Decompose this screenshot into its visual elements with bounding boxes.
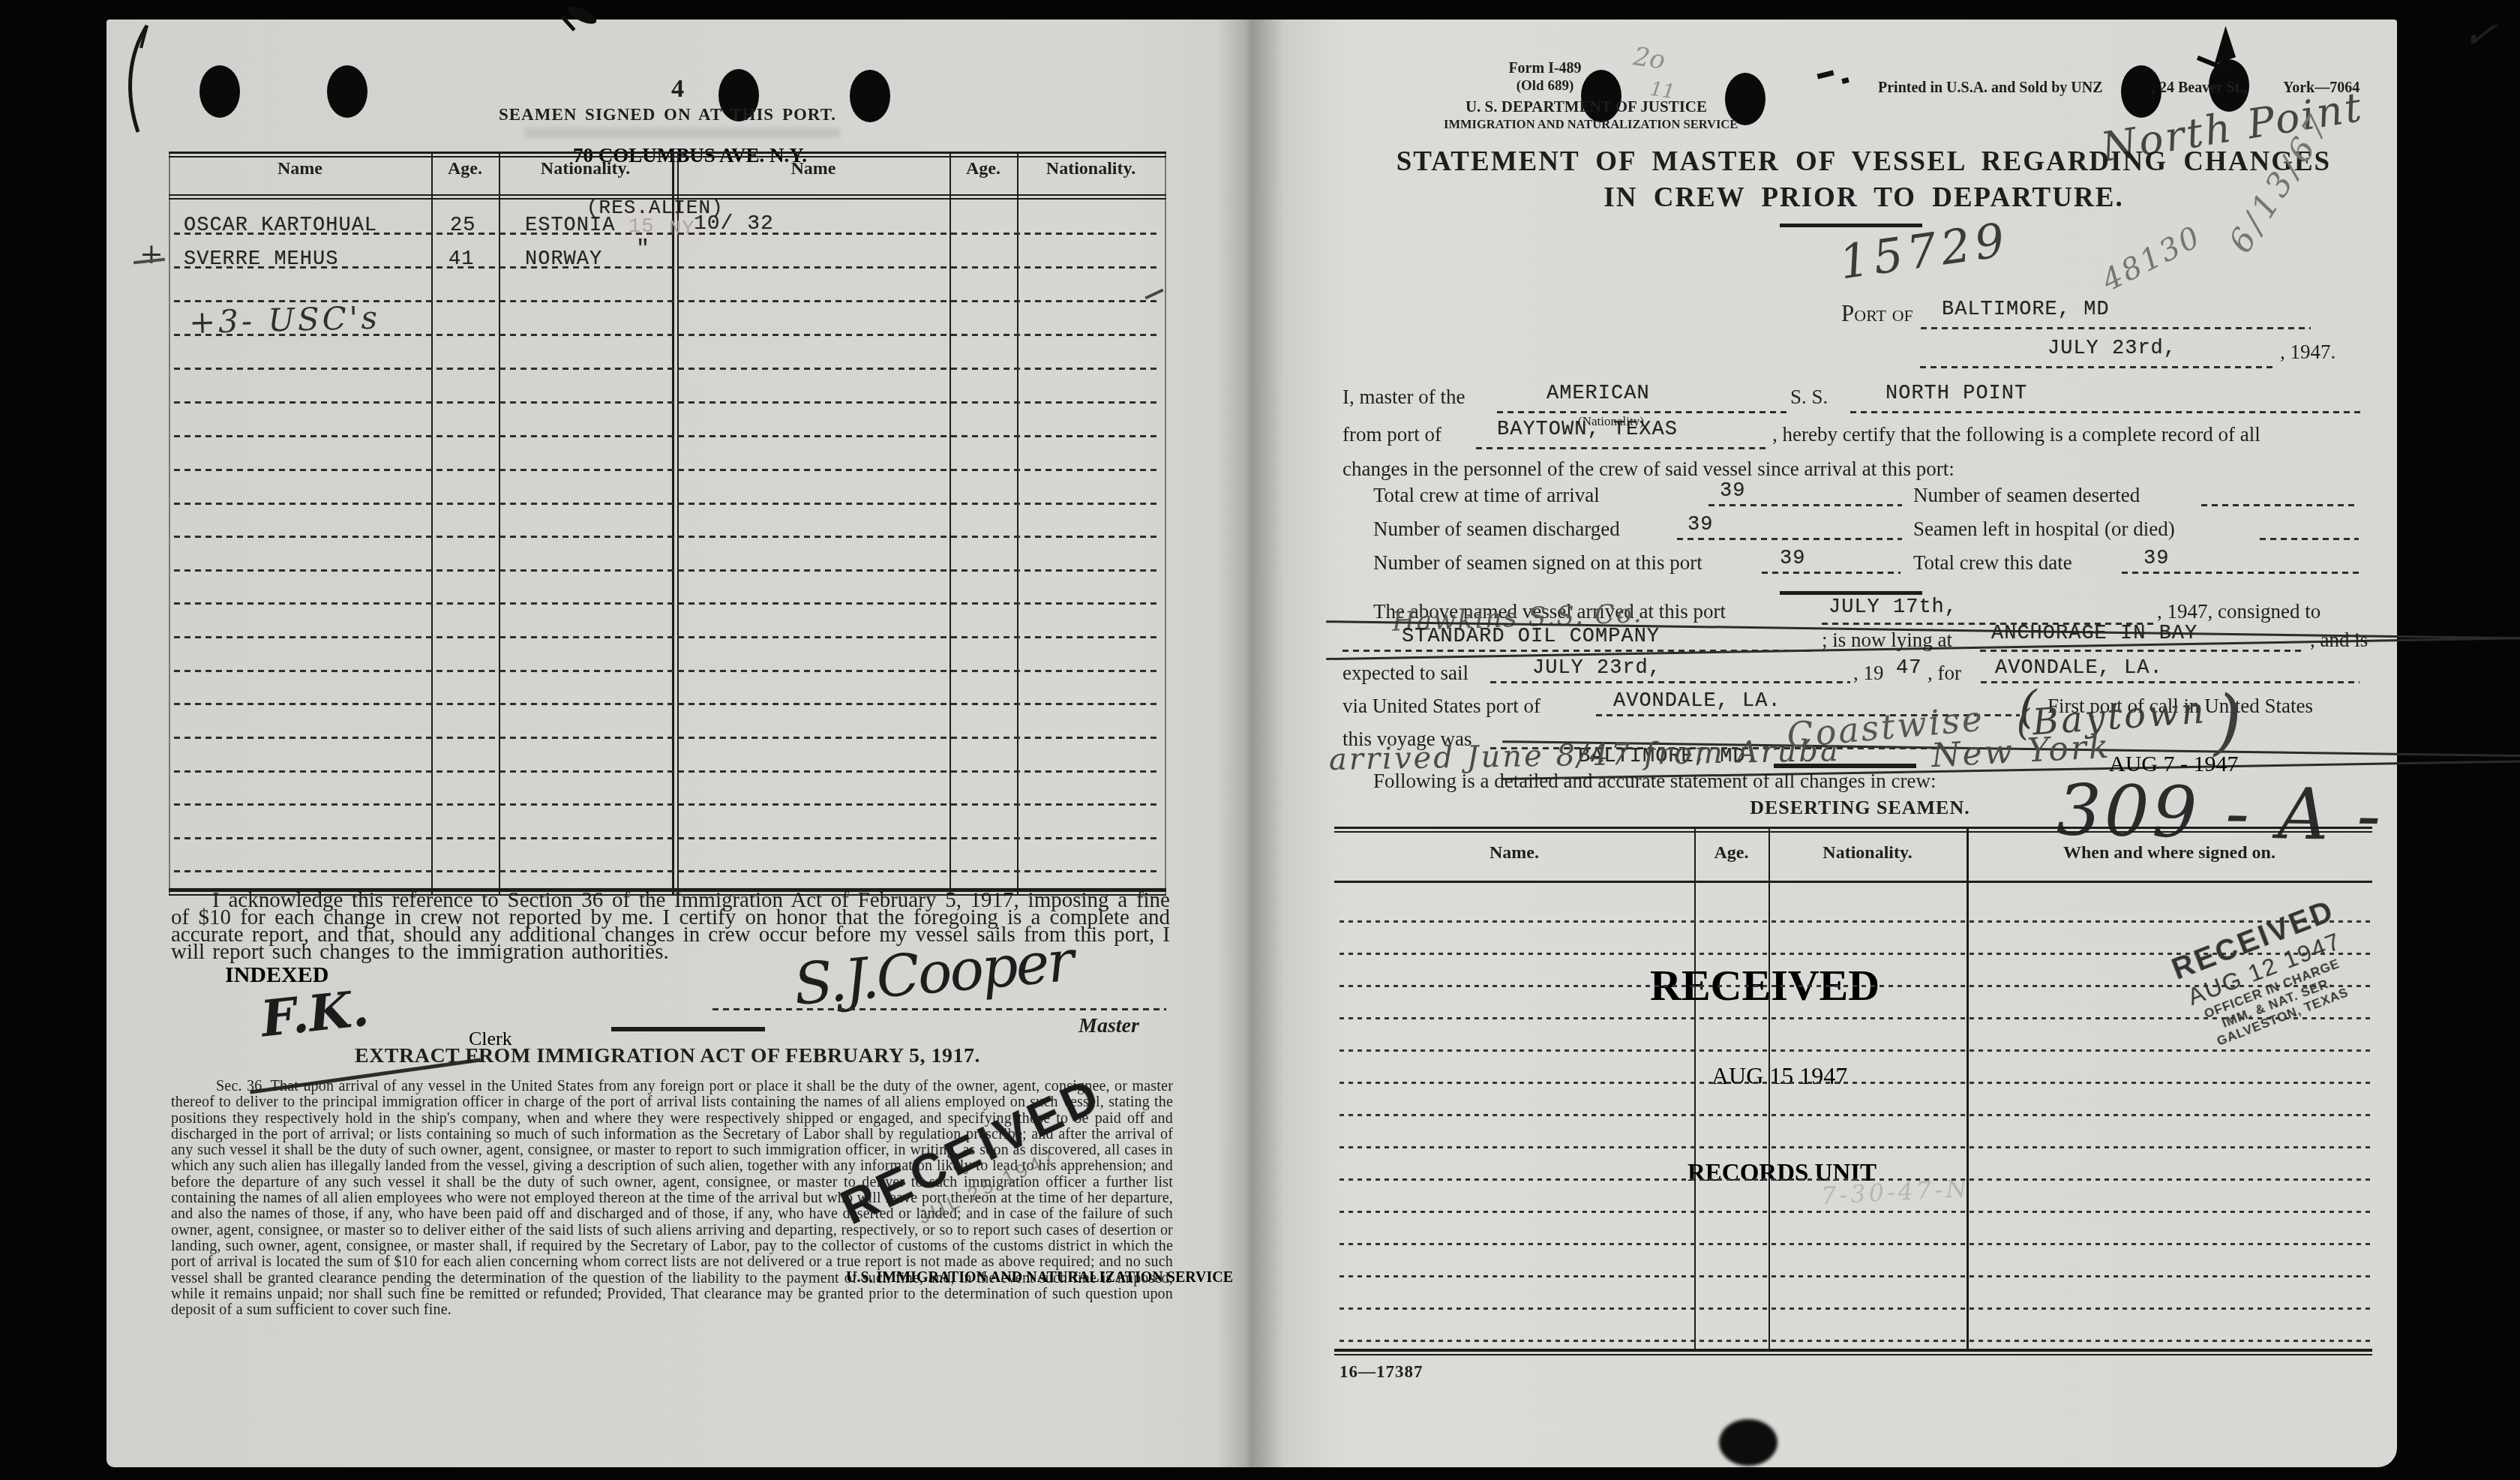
table-row-dotted-line bbox=[1339, 1340, 2370, 1342]
blank-line bbox=[1342, 650, 1815, 652]
table-row-dotted-line bbox=[174, 870, 1161, 872]
signature-line bbox=[712, 1008, 1166, 1010]
blank-line bbox=[1762, 572, 1900, 574]
aug15-stamp: AUG 15 1947 bbox=[1711, 1062, 1847, 1090]
blank-line bbox=[1981, 681, 2359, 683]
table-vline bbox=[672, 152, 674, 896]
via-value: AVONDALE, LA. bbox=[1613, 690, 1781, 713]
ghost-stamp-bar bbox=[525, 128, 840, 138]
row1-pencil-note: NY bbox=[669, 218, 694, 241]
arrival-date: JULY 17th, bbox=[1828, 596, 1957, 619]
table-row-dotted-line bbox=[174, 770, 1161, 773]
table-row-dotted-line bbox=[174, 703, 1161, 705]
and-is-text: , and is bbox=[2310, 629, 2368, 652]
department-name: U. S. DEPARTMENT OF JUSTICE bbox=[1444, 98, 1729, 116]
port-label: Port of bbox=[1841, 300, 1913, 327]
table-row-dotted-line bbox=[1339, 1307, 2370, 1310]
table-row-dotted-line bbox=[1339, 953, 2370, 955]
col-header-signed-on: When and where signed on. bbox=[1966, 843, 2372, 863]
table-rule bbox=[1334, 827, 2372, 829]
table-row-dotted-line bbox=[1339, 920, 2370, 923]
printer-line: , 24 Beaver St., bbox=[2152, 80, 2247, 97]
vessel-value: NORTH POINT bbox=[1885, 383, 2027, 405]
statement-title-line2: IN CREW PRIOR TO DEPARTURE. bbox=[1333, 182, 2394, 214]
pencil-scribble: 2o bbox=[1631, 41, 1666, 75]
table-row-dotted-line bbox=[1339, 1049, 2370, 1052]
table-row-dotted-line bbox=[174, 602, 1161, 605]
blank-line bbox=[1677, 538, 1902, 540]
table-row-dotted-line bbox=[1339, 1178, 2370, 1181]
sail-year-pre: , 19 bbox=[1853, 662, 1884, 685]
statement-title-line1: STATEMENT OF MASTER OF VESSEL REGARDING … bbox=[1333, 146, 2394, 178]
table-row-dotted-line bbox=[174, 536, 1161, 538]
lying-value: ANCHORAGE IN BAY bbox=[1991, 623, 2197, 645]
table-vline bbox=[1017, 152, 1018, 896]
stat-value: 39 bbox=[1720, 480, 1745, 503]
page-number: 4 bbox=[671, 75, 684, 104]
table-row-dotted-line bbox=[1339, 1082, 2370, 1084]
table-row-dotted-line bbox=[174, 636, 1161, 638]
table-row-dotted-line bbox=[174, 266, 1161, 269]
table-rule bbox=[1334, 1354, 2372, 1355]
blank-line bbox=[1920, 366, 2272, 368]
table-row-dotted-line bbox=[1339, 1114, 2370, 1116]
blank-line bbox=[2201, 504, 2359, 506]
service-name: IMMIGRATION AND NATURALIZATION SERVICE bbox=[1444, 117, 1729, 132]
row1-pencil-note: 15 bbox=[628, 216, 654, 239]
stat-label: Number of seamen signed on at this port bbox=[1373, 551, 1702, 575]
table-rule bbox=[1334, 881, 2372, 883]
table-row-dotted-line bbox=[174, 300, 1161, 302]
blank-line bbox=[1850, 411, 2360, 413]
table-vline bbox=[499, 152, 500, 896]
table-row-dotted-line bbox=[174, 503, 1161, 505]
from-port-label: from port of bbox=[1342, 423, 1441, 446]
table-row-dotted-line bbox=[174, 368, 1161, 370]
col-header-age: Age. bbox=[431, 159, 499, 179]
date-value: JULY 23rd, bbox=[2047, 338, 2176, 360]
row2-pen-plus: + bbox=[139, 237, 163, 270]
table-row-dotted-line bbox=[174, 233, 1161, 235]
stat-value: 39 bbox=[1780, 548, 1805, 570]
pen-stroke-left-edge bbox=[118, 23, 171, 143]
extract-heading: EXTRACT FROM IMMIGRATION ACT OF FEBRUARY… bbox=[169, 1044, 1166, 1068]
table-vline bbox=[677, 152, 679, 896]
table-row-dotted-line bbox=[174, 837, 1161, 839]
clerk-initials: F.K. bbox=[258, 979, 371, 1049]
table-row-dotted-line bbox=[174, 435, 1161, 437]
table-row-dotted-line bbox=[1339, 1146, 2370, 1148]
stat-label: Number of seamen deserted bbox=[1913, 484, 2140, 507]
col-header-name: Name. bbox=[1334, 843, 1694, 863]
section-rule bbox=[611, 1027, 765, 1031]
scanned-document: 4 SEAMEN SIGNED ON AT THIS PORT. 70 COLU… bbox=[0, 0, 2520, 1480]
section-rule bbox=[1780, 591, 1922, 595]
stat-label: Total crew this date bbox=[1913, 551, 2072, 575]
form-footer-number: 16—17387 bbox=[1339, 1362, 1423, 1382]
col-header-age2: Age. bbox=[949, 159, 1017, 179]
table-row-dotted-line bbox=[174, 737, 1161, 739]
master-label: Master bbox=[1078, 1014, 1139, 1038]
blank-line bbox=[2260, 538, 2359, 540]
blank-line bbox=[1497, 411, 1789, 413]
received-stamp-agency: U.S. IMMIGRATION AND NATURALIZATION SERV… bbox=[846, 1269, 1191, 1286]
table-row-dotted-line bbox=[1339, 1211, 2370, 1213]
table-rule bbox=[1334, 831, 2372, 833]
table-row-dotted-line bbox=[174, 803, 1161, 806]
via-label: via United States port of bbox=[1342, 695, 1540, 718]
ss-label: S. S. bbox=[1790, 386, 1828, 409]
from-port-value: BAYTOWN, TEXAS bbox=[1497, 419, 1678, 441]
sail-dest: AVONDALE, LA. bbox=[1995, 657, 2163, 680]
col-header-nationality: Nationality. bbox=[499, 159, 672, 179]
blank-line bbox=[1980, 650, 2302, 652]
table-row-dotted-line bbox=[174, 334, 1161, 336]
col-header-nationality2: Nationality. bbox=[1017, 159, 1165, 179]
col-header-nationality: Nationality. bbox=[1768, 843, 1966, 863]
table-row-dotted-line bbox=[1339, 985, 2370, 987]
table-row-dotted-line bbox=[174, 670, 1161, 672]
row2-ditto: " bbox=[636, 237, 650, 263]
stat-value: 39 bbox=[2143, 548, 2169, 570]
stat-label: Total crew at time of arrival bbox=[1373, 484, 1600, 507]
sail-date: JULY 23rd, bbox=[1532, 657, 1661, 680]
table-vline bbox=[431, 152, 433, 896]
left-page-title: SEAMEN SIGNED ON AT THIS PORT. bbox=[169, 105, 1166, 125]
form-old-number: (Old 689) bbox=[1485, 78, 1605, 95]
port-value: BALTIMORE, MD bbox=[1942, 299, 2110, 321]
section-rule bbox=[1774, 764, 1916, 768]
stat-label: Number of seamen discharged bbox=[1373, 518, 1620, 541]
check-mark: ✓ bbox=[2460, 8, 2500, 60]
table-vline bbox=[1694, 827, 1696, 1352]
form-number: Form I-489 bbox=[1485, 60, 1605, 77]
master-of-label: I, master of the bbox=[1342, 386, 1465, 409]
arrival-year: , 1947, consigned to bbox=[2157, 600, 2320, 623]
table-vline bbox=[949, 152, 951, 896]
blank-line bbox=[1921, 327, 2311, 329]
col-header-name: Name bbox=[169, 159, 431, 179]
year-value: , 1947. bbox=[2280, 341, 2335, 364]
table-row-dotted-line bbox=[174, 401, 1161, 404]
printer-line: Printed in U.S.A. and Sold by UNZ bbox=[1878, 80, 2103, 97]
table-row-dotted-line bbox=[1339, 1243, 2370, 1245]
sail-for: , for bbox=[1927, 662, 1961, 685]
table-vline bbox=[169, 152, 170, 896]
table-row-dotted-line bbox=[1339, 1275, 2370, 1277]
table-row-dotted-line bbox=[174, 569, 1161, 572]
page-gutter bbox=[1216, 20, 1284, 1467]
blank-line bbox=[1708, 504, 1902, 506]
table-rule bbox=[1334, 1349, 2372, 1352]
stat-label: Seamen left in hospital (or died) bbox=[1913, 518, 2175, 541]
certify-text: , hereby certify that the following is a… bbox=[1772, 423, 2260, 446]
col-header-age: Age. bbox=[1694, 843, 1768, 863]
ink-blob-bottom bbox=[1719, 1419, 1777, 1466]
blank-line bbox=[2122, 572, 2359, 574]
sail-label: expected to sail bbox=[1342, 662, 1468, 685]
table-row-dotted-line bbox=[1339, 1017, 2370, 1019]
blank-line bbox=[1490, 681, 1850, 683]
blank-line bbox=[1476, 447, 1768, 449]
nationality-value: AMERICAN bbox=[1546, 383, 1650, 405]
table-vline bbox=[1966, 827, 1969, 1352]
stat-value: 39 bbox=[1687, 514, 1713, 536]
changes-text: changes in the personnel of the crew of … bbox=[1342, 458, 1954, 481]
sail-year-typed: 47 bbox=[1896, 657, 1921, 680]
lying-label: ; is now lying at bbox=[1822, 629, 1952, 652]
table-row-dotted-line bbox=[174, 469, 1161, 471]
col-header-name2: Name bbox=[677, 159, 949, 179]
following-text: Following is a detailed and accurate sta… bbox=[1373, 770, 1936, 793]
table-vline bbox=[1165, 152, 1166, 896]
